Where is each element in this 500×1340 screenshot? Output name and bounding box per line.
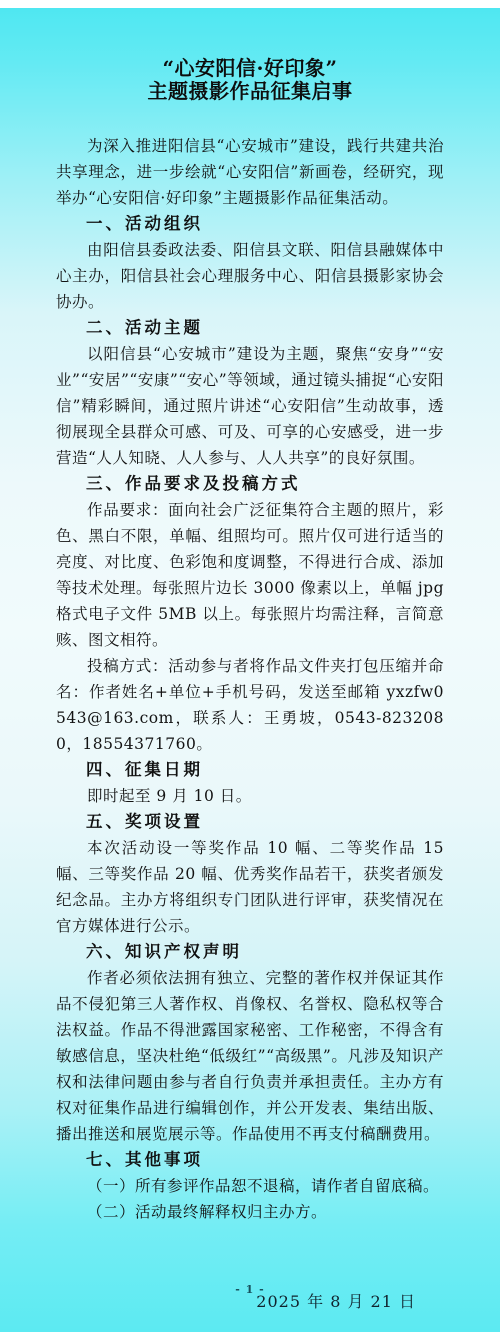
intro-paragraph: 为深入推进阳信县“心安城市”建设，践行共建共治共享理念，进一步绘就“心安阳信”新… bbox=[56, 133, 444, 211]
section-theme-paragraph: 以阳信县“心安城市”建设为主题，聚焦“安身”“安业”“安居”“安康”“安心”等领… bbox=[56, 341, 444, 471]
section-ip-statement-paragraph: 作者必须依法拥有独立、完整的著作权并保证其作品不侵犯第三人著作权、肖像权、名誉权… bbox=[56, 965, 444, 1147]
section-other-paragraph-2: （二）活动最终解释权归主办方。 bbox=[56, 1199, 444, 1225]
section-submission-paragraph: 投稿方式：活动参与者将作品文件夹打包压缩并命名：作者姓名+单位+手机号码，发送至… bbox=[56, 653, 444, 757]
section-other-heading: 七、其他事项 bbox=[56, 1147, 444, 1173]
section-awards-paragraph: 本次活动设一等奖作品 10 幅、二等奖作品 15 幅、三等奖作品 20 幅、优秀… bbox=[56, 835, 444, 939]
document-content: “心安阳信·好印象” 主题摄影作品征集启事 为深入推进阳信县“心安城市”建设，践… bbox=[56, 0, 444, 1312]
section-other-paragraph-1: （一）所有参评作品恕不退稿，请作者自留底稿。 bbox=[56, 1173, 444, 1199]
section-theme-heading: 二、活动主题 bbox=[56, 315, 444, 341]
doc-title-line-1: “心安阳信·好印象” bbox=[163, 56, 338, 80]
section-requirements-paragraph: 作品要求：面向社会广泛征集符合主题的照片，彩色、黑白不限，单幅、组照均可。照片仅… bbox=[56, 497, 444, 653]
section-dates-paragraph: 即时起至 9 月 10 日。 bbox=[56, 783, 444, 809]
section-awards-heading: 五、奖项设置 bbox=[56, 809, 444, 835]
section-ip-statement-heading: 六、知识产权声明 bbox=[56, 939, 444, 965]
section-requirements-heading: 三、作品要求及投稿方式 bbox=[56, 471, 444, 497]
page-number: - 1 - bbox=[0, 1283, 500, 1296]
section-organization-paragraph: 由阳信县委政法委、阳信县文联、阳信县融媒体中心主办，阳信县社会心理服务中心、阳信… bbox=[56, 237, 444, 315]
doc-body: 为深入推进阳信县“心安城市”建设，践行共建共治共享理念，进一步绘就“心安阳信”新… bbox=[56, 133, 444, 1225]
section-organization-heading: 一、活动组织 bbox=[56, 211, 444, 237]
doc-title: “心安阳信·好印象” 主题摄影作品征集启事 bbox=[56, 57, 444, 103]
section-dates-heading: 四、征集日期 bbox=[56, 757, 444, 783]
doc-title-line-2: 主题摄影作品征集启事 bbox=[148, 79, 353, 103]
